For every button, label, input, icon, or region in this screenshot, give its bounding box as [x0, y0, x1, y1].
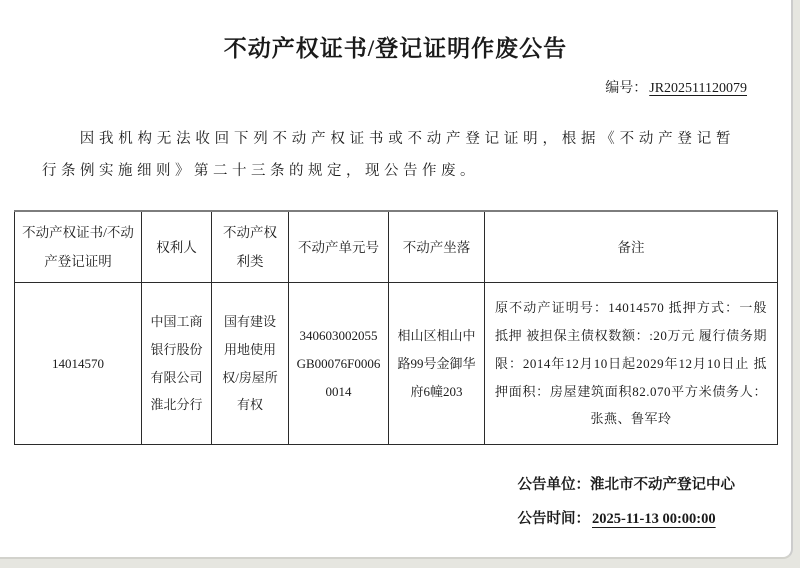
doc-number-value: JR202511120079: [647, 81, 749, 96]
table-row: 14014570 中国工商银行股份有限公司淮北分行 国有建设用地使用权/房屋所有…: [15, 283, 778, 445]
announcement-footer: 公告单位：淮北市不动产登记中心 公告时间：2025-11-13 00:00:00: [518, 468, 736, 536]
footer-unit-label: 公告单位：: [518, 477, 591, 493]
doc-number-label: 编号：: [605, 81, 647, 96]
cell-location: 相山区相山中路99号金御华府6幢203: [389, 283, 485, 445]
cell-right-type: 国有建设用地使用权/房屋所有权: [212, 283, 289, 445]
cell-unit-no: 340603002055GB00076F00060014: [289, 283, 389, 445]
col-header-holder: 权利人: [142, 211, 212, 283]
footer-unit-value: 淮北市不动产登记中心: [590, 477, 735, 493]
col-header-certificate: 不动产权证书/不动产登记证明: [15, 211, 142, 283]
footer-unit-line: 公告单位：淮北市不动产登记中心: [518, 468, 736, 502]
cancellation-table: 不动产权证书/不动产登记证明 权利人 不动产权利类 不动产单元号 不动产坐落 备…: [14, 210, 778, 445]
announcement-body-text: 因我机构无法收回下列不动产权证书或不动产登记证明，根据《不动产登记暂行条例实施细…: [42, 123, 735, 187]
doc-number-line: 编号：JR202511120079: [0, 77, 749, 97]
cell-remark: 原不动产证明号：14014570 抵押方式：一般抵押 被担保主债权数额：:20万…: [485, 283, 778, 445]
footer-time-label: 公告时间：: [518, 511, 591, 527]
col-header-remark: 备注: [485, 211, 778, 283]
page-title: 不动产权证书/登记证明作废公告: [0, 30, 791, 63]
cell-holder: 中国工商银行股份有限公司淮北分行: [142, 283, 212, 445]
cell-certificate-no: 14014570: [15, 283, 142, 445]
col-header-location: 不动产坐落: [389, 211, 485, 283]
col-header-unit-no: 不动产单元号: [289, 211, 389, 283]
footer-time-value: 2025-11-13 00:00:00: [590, 511, 722, 527]
footer-time-line: 公告时间：2025-11-13 00:00:00: [518, 502, 736, 536]
table-header-row: 不动产权证书/不动产登记证明 权利人 不动产权利类 不动产单元号 不动产坐落 备…: [15, 211, 778, 283]
announcement-page: 不动产权证书/登记证明作废公告 编号：JR202511120079 因我机构无法…: [0, 0, 793, 559]
col-header-right-type: 不动产权利类: [212, 211, 289, 283]
